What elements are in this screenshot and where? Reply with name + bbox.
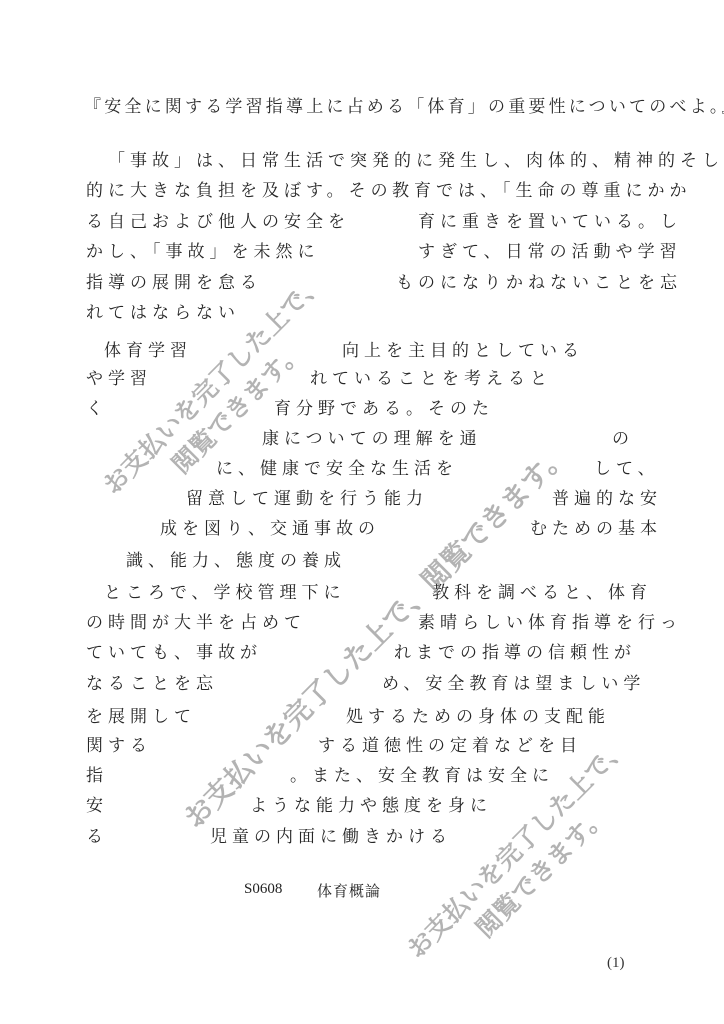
body-text-fragment: く bbox=[86, 398, 108, 420]
body-text-fragment: 育分野である。そのた bbox=[274, 398, 494, 420]
body-text-fragment: 教科を調べると、体育 bbox=[432, 582, 652, 604]
course-subject: 体育概論 bbox=[317, 880, 381, 901]
body-text-fragment: を展開して bbox=[86, 706, 196, 728]
body-text-fragment: なることを忘 bbox=[86, 673, 218, 695]
body-text-fragment: 。また、安全教育は安全に bbox=[290, 765, 554, 787]
body-text-fragment: れまでの指導の信頼性が bbox=[394, 642, 636, 664]
body-text-fragment: むための基本 bbox=[530, 518, 662, 540]
body-text-fragment: 素晴らしい体育指導を行っ bbox=[418, 612, 682, 634]
body-text-fragment: かし、「事故」を未然に bbox=[86, 241, 320, 263]
body-text-fragment: すぎて、日常の活動や学習 bbox=[418, 241, 682, 263]
page-number: (1) bbox=[607, 955, 625, 972]
body-text-fragment: れていることを考えると bbox=[310, 368, 552, 390]
body-text-fragment: ものになりかねないことを忘 bbox=[396, 272, 682, 294]
body-text-fragment: 識、能力、態度の養成 bbox=[126, 550, 346, 572]
body-text-fragment: に、健康で安全な生活を bbox=[216, 458, 458, 480]
body-text-fragment: れてはならない bbox=[86, 302, 240, 324]
body-text-fragment: 指導の展開を怠る bbox=[86, 272, 262, 294]
body-text-fragment: や学習 bbox=[86, 368, 152, 390]
body-text-fragment: め、安全教育は望ましい学 bbox=[382, 673, 645, 695]
body-text-fragment: 的に大きな負担を及ぼす。その bbox=[86, 180, 393, 202]
body-text-fragment: 処するための身体の支配能 bbox=[346, 706, 610, 728]
body-text-fragment: 育に重きを置いている。し bbox=[418, 211, 682, 233]
body-text-fragment: る自己および他人の安全を bbox=[86, 211, 350, 233]
body-text-fragment: して、 bbox=[594, 458, 660, 480]
body-text-fragment: 成を図り、交通事故の bbox=[160, 518, 380, 540]
essay-title: 『安全に関する学習指導上に占める「体育」の重要性についてのべよ。』 bbox=[84, 92, 724, 117]
body-text-fragment: 普遍的な安 bbox=[552, 488, 662, 510]
course-code: S0608 bbox=[244, 881, 282, 898]
body-text-fragment: 「事故」は、日常生活で突発的に発生し、肉体的、精神的そして経済 bbox=[108, 150, 724, 172]
body-text-fragment: 留意して運動を行う能力 bbox=[186, 488, 428, 510]
body-text-fragment: 安 bbox=[86, 795, 108, 817]
body-text-fragment: する道徳性の定着などを目 bbox=[318, 735, 582, 757]
body-text-fragment: 児童の内面に働きかける bbox=[210, 826, 452, 848]
body-text-fragment: る bbox=[86, 826, 108, 848]
body-text-fragment: ような能力や態度を身に bbox=[250, 795, 492, 817]
document-page: 『安全に関する学習指導上に占める「体育」の重要性についてのべよ。』 「事故」は、… bbox=[0, 0, 724, 1024]
body-text-fragment: 康についての理解を通 bbox=[262, 428, 482, 450]
body-text-fragment: ところで、学校管理下に bbox=[104, 582, 346, 604]
body-text-fragment: 関する bbox=[86, 735, 152, 757]
body-text-fragment: 指 bbox=[86, 765, 108, 787]
body-text-fragment: 体育学習 bbox=[104, 340, 192, 362]
body-text-fragment: の bbox=[612, 428, 634, 450]
body-text-fragment: 向上を主目的としている bbox=[342, 340, 584, 362]
body-text-fragment: 教育では、「生命の尊重にかか bbox=[392, 180, 692, 202]
body-text-fragment: ていても、事故が bbox=[86, 642, 262, 664]
body-text-fragment: の時間が大半を占めて bbox=[86, 612, 306, 634]
